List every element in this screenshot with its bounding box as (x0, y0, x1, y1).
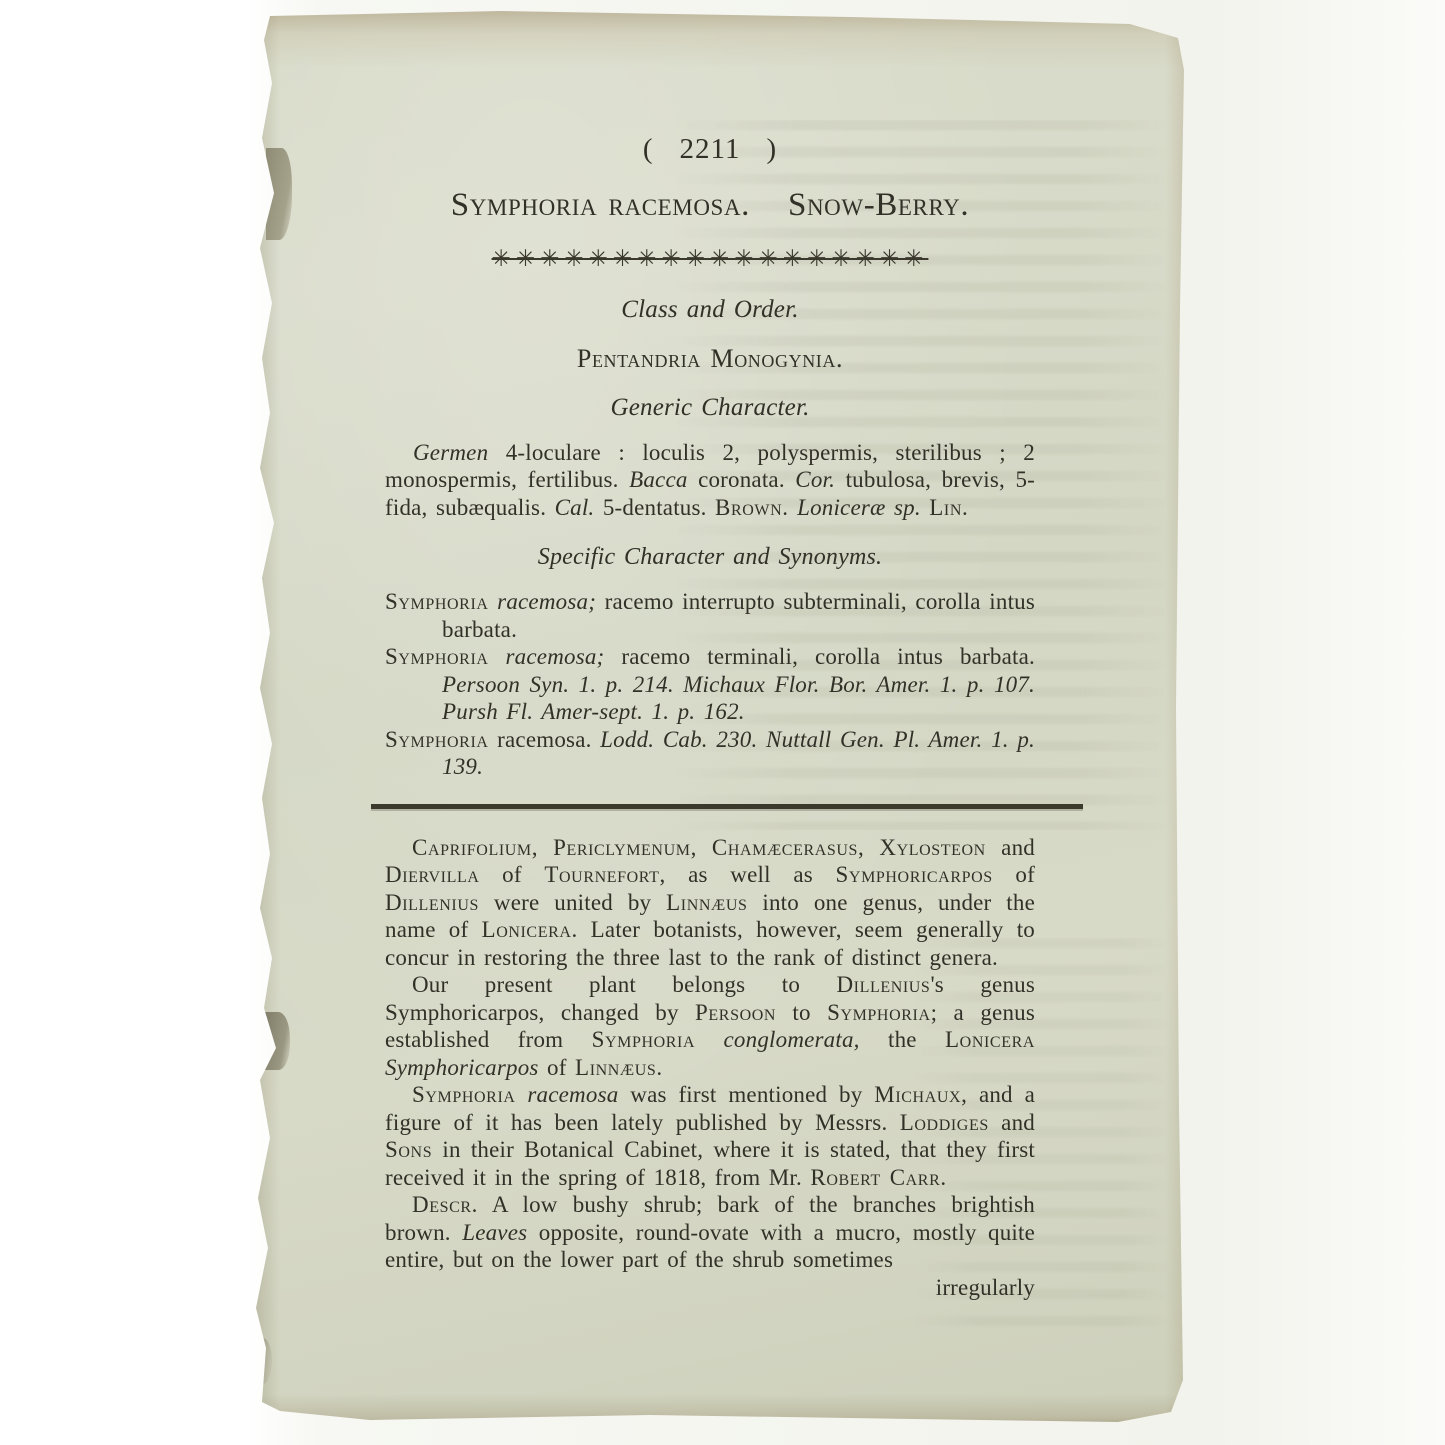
plate-title: Symphoria racemosa.Snow-Berry. (385, 182, 1035, 228)
paren-open: ( (643, 133, 654, 165)
plate-number: 2211 (680, 133, 741, 165)
heading-specific-character: Specific Character and Synonyms. (385, 542, 1035, 572)
heading-generic-character: Generic Character. (385, 392, 1035, 423)
plate-number-line: (2211) (385, 136, 1035, 164)
section-divider-rule (371, 804, 1083, 809)
body-paragraph: Caprifolium, Periclymenum, Chamæcerasus,… (385, 834, 1035, 972)
title-latin-name: Symphoria racemosa. (451, 187, 750, 223)
synonym-list: Symphoria racemosa; racemo interrupto su… (385, 588, 1035, 781)
body-paragraph: Descr. A low bushy shrub; bark of the br… (385, 1191, 1035, 1274)
catchword: irregularly (385, 1274, 1035, 1302)
paren-close: ) (766, 133, 777, 165)
synonym-entry: Symphoria racemosa; racemo interrupto su… (385, 588, 1035, 643)
heading-class-and-order: Class and Order. (385, 294, 1035, 325)
body-paragraph: Our present plant belongs to Dillenius's… (385, 971, 1035, 1081)
torn-edge-notch (254, 1338, 272, 1384)
synonym-entry: Symphoria racemosa; racemo terminali, co… (385, 643, 1035, 726)
torn-edge-notch (266, 148, 292, 240)
body-paragraph: Symphoria racemosa was first mentioned b… (385, 1081, 1035, 1191)
page-content: (2211) Symphoria racemosa.Snow-Berry. ✳✳… (385, 8, 1035, 1301)
book-page-scan: (2211) Symphoria racemosa.Snow-Berry. ✳✳… (250, 8, 1191, 1432)
title-common-name: Snow-Berry. (788, 187, 969, 223)
generic-character-paragraph: Germen 4-loculare : loculis 2, polysperm… (385, 439, 1035, 522)
class-order-value: Pentandria Monogynia. (385, 342, 1035, 375)
synonym-entry: Symphoria racemosa. Lodd. Cab. 230. Nutt… (385, 726, 1035, 781)
torn-edge-notch (264, 1012, 290, 1070)
asterisk-separator: ✳✳✳✳✳✳✳✳✳✳✳✳✳✳✳✳✳✳ (385, 242, 1035, 276)
